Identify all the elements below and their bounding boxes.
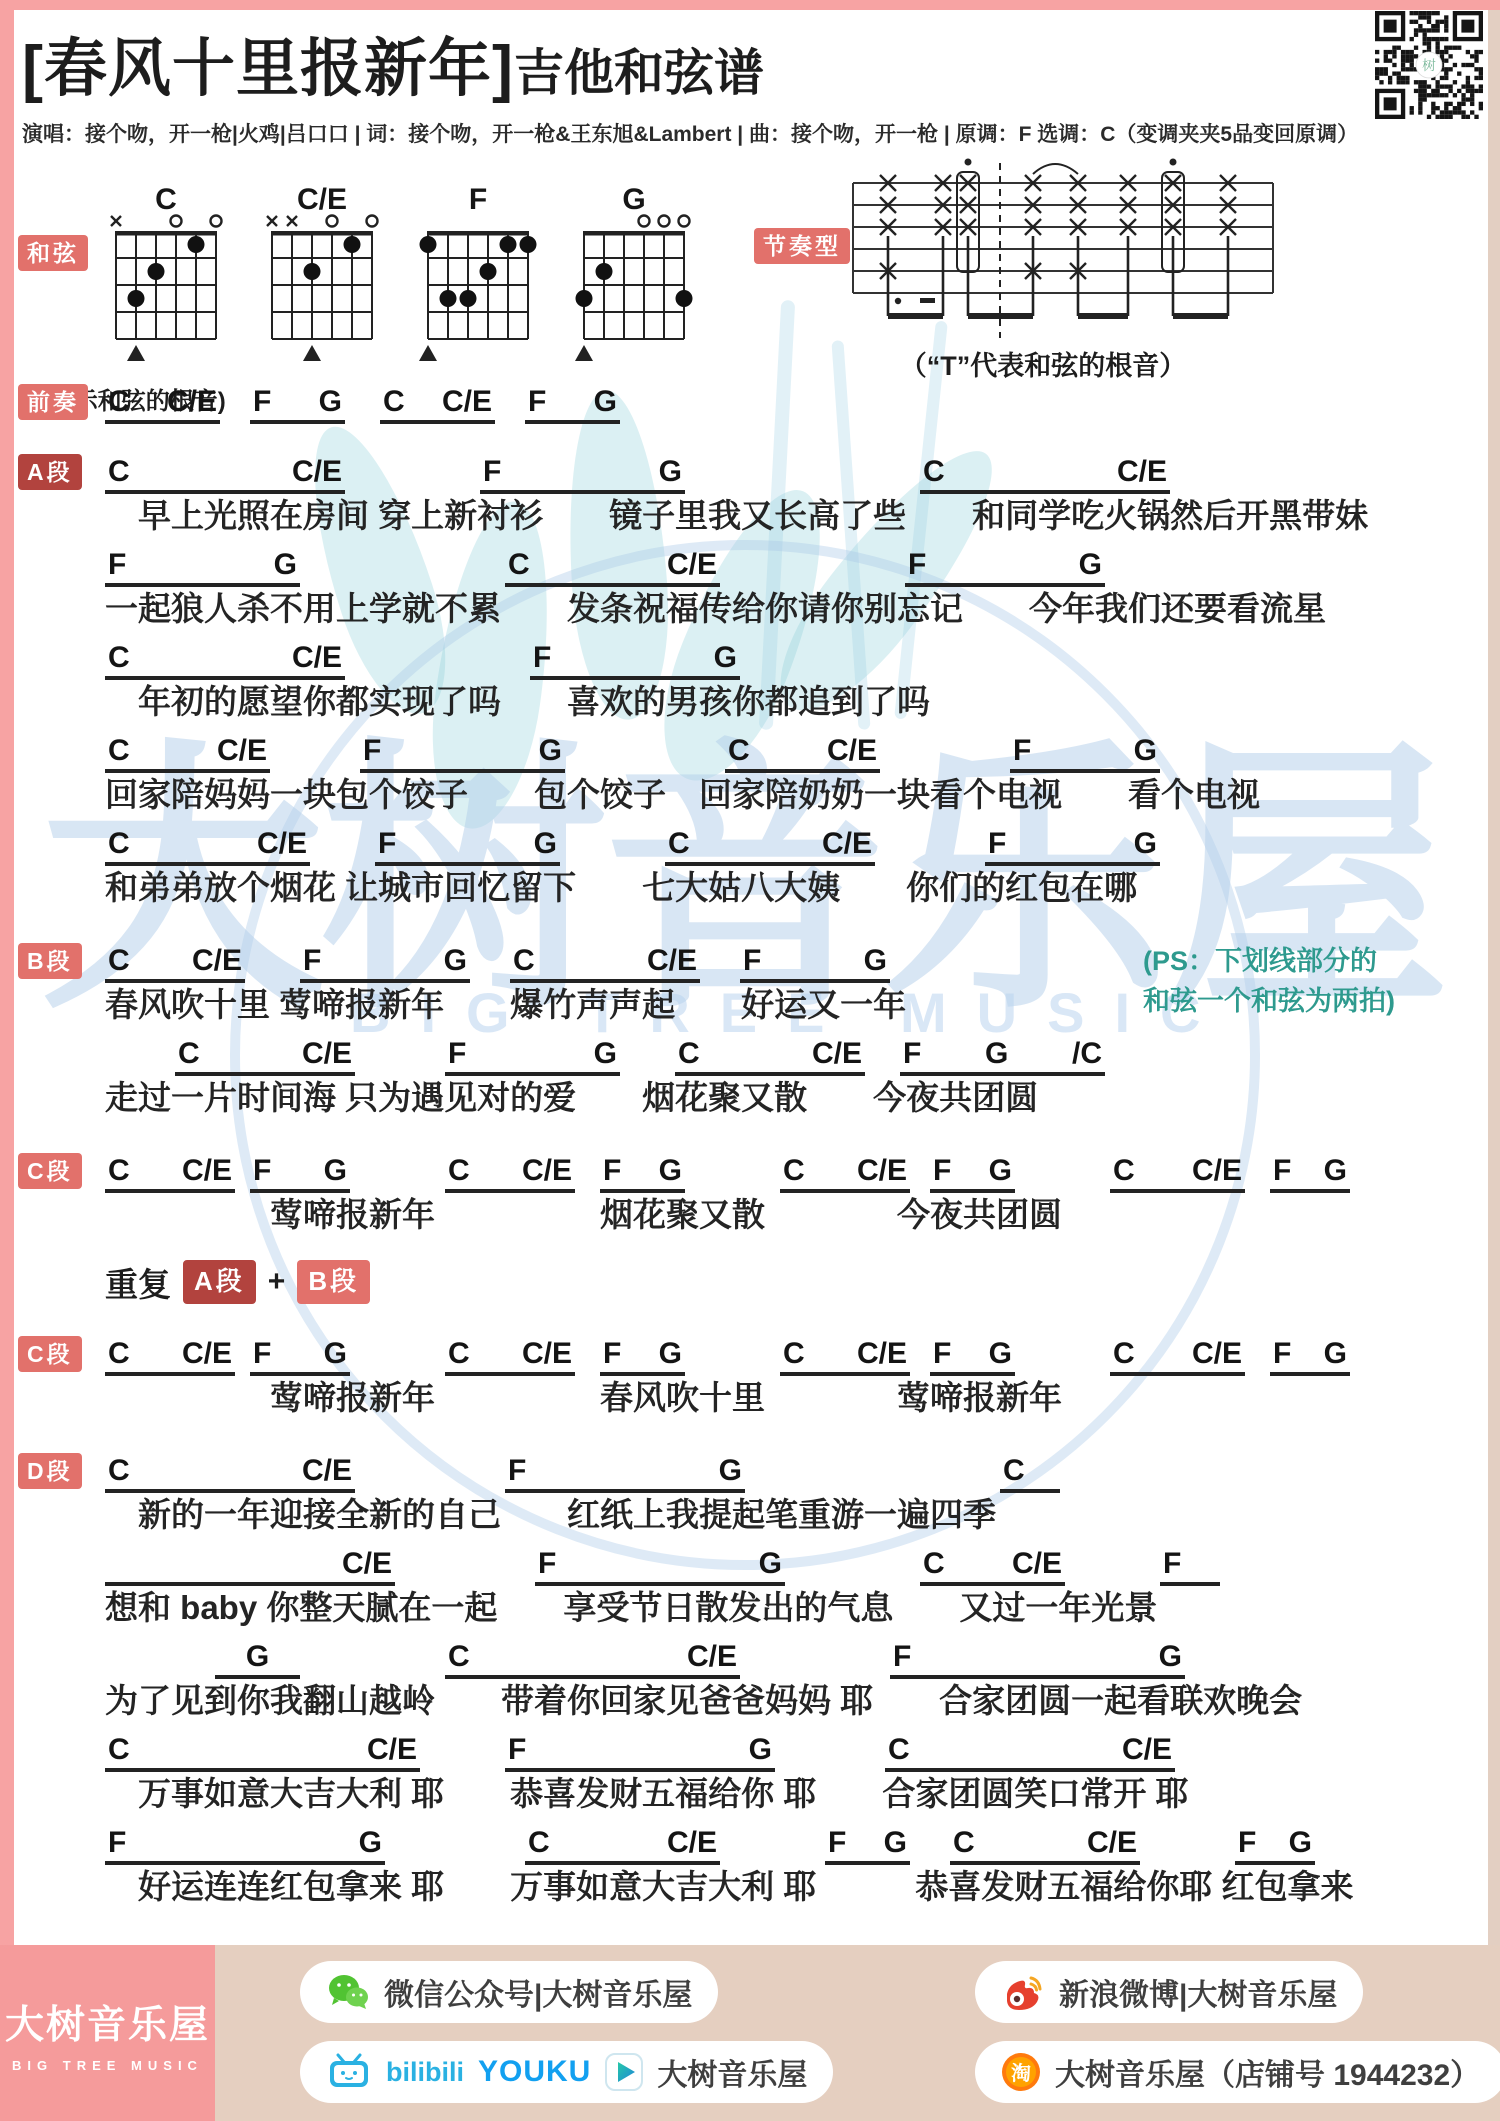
chords-badge: 和弦 xyxy=(18,235,88,271)
lyric-line: 莺啼报新年 烟花聚又散 今夜共团圆 xyxy=(105,1195,1478,1235)
video-brand-text: 大树音乐屋 xyxy=(657,2050,807,2094)
chord-label: F xyxy=(1163,1547,1181,1581)
footer: 大树音乐屋 BIG TREE MUSIC 微信公众号|大树音乐屋 bilibil… xyxy=(0,1945,1500,2121)
chord-group: CC/E xyxy=(105,944,245,983)
chord-group: CC/E xyxy=(445,1154,575,1193)
chord-label: C/E xyxy=(857,1337,907,1371)
chord-group: CC/E xyxy=(505,548,720,587)
chord-label: C xyxy=(678,1037,700,1071)
chord-label: G xyxy=(759,1547,782,1581)
chord-group: FG xyxy=(1270,1337,1350,1376)
chord-label: C xyxy=(1113,1154,1135,1188)
chord-group: CC/E xyxy=(525,1826,720,1865)
wechat-icon xyxy=(326,1972,370,2012)
section-badge-d: D段 xyxy=(18,1453,82,1489)
chord-group: CC/E xyxy=(380,385,495,424)
chord-line: FGCC/EFGCC/EFG xyxy=(105,1821,1478,1865)
chord-label: C/E xyxy=(292,641,342,675)
chord-diagram-F: F xyxy=(408,183,548,375)
chord-label: F xyxy=(253,385,271,419)
chord-group: CC/E xyxy=(105,734,270,773)
chord-label: G xyxy=(659,455,682,489)
chord-label: G xyxy=(714,641,737,675)
chord-label: F xyxy=(1273,1154,1291,1188)
lyric-line: 万事如意大吉大利 耶 恭喜发财五福给你 耶 合家团圆笑口常开 耶 xyxy=(105,1774,1478,1814)
chord-group: CC/E xyxy=(105,1454,355,1493)
chord-line: CC/EFG xyxy=(105,636,1478,680)
chord-label: G xyxy=(534,827,557,861)
chord-group: CC/E xyxy=(175,1037,355,1076)
chord-group: FG xyxy=(985,827,1160,866)
chord-diagram-C/E: C/E xyxy=(252,183,392,375)
chord-label: C xyxy=(383,385,405,419)
chord-label: G xyxy=(1134,734,1157,768)
chord-label: G xyxy=(1324,1337,1347,1371)
chord-label: G xyxy=(274,548,297,582)
bilibili-wordmark: bilibili xyxy=(386,2057,464,2088)
chord-label: G xyxy=(985,1037,1008,1071)
chord-group: CC/E xyxy=(105,1154,235,1193)
chord-label: C/E xyxy=(812,1037,862,1071)
chord-label: C xyxy=(923,455,945,489)
section-a: A段CC/EFGCC/E 早上光照在房间 穿上新衬衫 镜子里我又长高了些 和同学… xyxy=(18,450,1478,915)
brand-name-en: BIG TREE MUSIC xyxy=(12,2058,203,2073)
chord-group: CC/E xyxy=(725,734,880,773)
chord-label: G xyxy=(1159,1640,1182,1674)
chord-group: FG xyxy=(600,1154,685,1193)
section-intro: 前奏CC/EFGCC/EFG xyxy=(18,380,1478,426)
score: 前奏CC/EFGCC/EFGA段CC/EFGCC/E 早上光照在房间 穿上新衬衫… xyxy=(18,372,1478,1914)
chord-label: G xyxy=(989,1337,1012,1371)
chord-group: C/E xyxy=(105,1547,395,1586)
chord-label: F xyxy=(603,1154,621,1188)
chord-label: C/E xyxy=(367,1733,417,1767)
taobao-text: 大树音乐屋（店铺号 1944232） xyxy=(1055,2050,1480,2094)
rhythm-panel: 节奏型 xyxy=(748,148,1308,388)
chord-group: FG xyxy=(505,1454,745,1493)
chord-label: G xyxy=(659,1154,682,1188)
chord-label: G xyxy=(594,385,617,419)
section-lines: CC/EFGC 新的一年迎接全新的自己 红纸上我提起笔重游一遍四季C/EFGCC… xyxy=(105,1449,1478,1914)
video-platforms-pill: bilibili YOUKU 大树音乐屋 xyxy=(300,2041,833,2103)
chord-label: C/E xyxy=(342,1547,392,1581)
chord-label: C/E xyxy=(827,734,877,768)
chord-label: F xyxy=(533,641,551,675)
section-badge-c2: C段 xyxy=(18,1336,82,1372)
chord-group: CC/E xyxy=(675,1037,865,1076)
chord-label: C xyxy=(108,734,130,768)
chord-group: CC/E xyxy=(885,1733,1175,1772)
chord-label: G xyxy=(989,1154,1012,1188)
chord-group: C xyxy=(1000,1454,1060,1493)
chord-label: C xyxy=(528,1826,550,1860)
wechat-text: 微信公众号|大树音乐屋 xyxy=(384,1970,692,2014)
chord-label: G xyxy=(1324,1154,1347,1188)
chord-label: G xyxy=(1079,548,1102,582)
chord-group: CC/E xyxy=(780,1154,910,1193)
chord-label: F xyxy=(893,1640,911,1674)
chord-diagram-C: C xyxy=(96,183,236,375)
qr-code: 树 xyxy=(1370,6,1488,124)
weibo-pill: 新浪微博|大树音乐屋 xyxy=(975,1961,1363,2023)
chord-label: F xyxy=(508,1733,526,1767)
chord-label: C/E xyxy=(257,827,307,861)
qr-graphic: 树 xyxy=(1375,11,1483,119)
lyric-line: 走过一片时间海 只为遇见对的爱 烟花聚又散 今夜共团圆 xyxy=(105,1078,1478,1118)
chord-group: FG xyxy=(930,1154,1015,1193)
svg-text:C: C xyxy=(155,183,177,216)
badge-col: C段 xyxy=(18,1149,105,1242)
chord-line: CC/EFGCC/EFG xyxy=(105,729,1478,773)
svg-text:G: G xyxy=(622,183,645,216)
chord-label: C xyxy=(513,944,535,978)
chord-label: F xyxy=(828,1826,846,1860)
section-lines: CC/EFGCC/EFGCC/EFGCC/EFG 莺啼报新年 烟花聚又散 今夜共… xyxy=(105,1149,1478,1242)
chord-label: C/E xyxy=(667,548,717,582)
song-meta: 演唱：接个吻，开一枪|火鸡|吕口口 | 词：接个吻，开一枪&王东旭&Lamber… xyxy=(22,118,1352,148)
chord-label: C xyxy=(783,1337,805,1371)
chord-label: F xyxy=(508,1454,526,1488)
song-title: [春风十里报新年] xyxy=(22,34,514,104)
chord-label: C xyxy=(108,1733,130,1767)
chord-group: FG xyxy=(375,827,560,866)
taobao-pill: 淘 大树音乐屋（店铺号 1944232） xyxy=(975,2041,1500,2103)
chord-group: CC/E xyxy=(105,641,345,680)
youku-wordmark: YOUKU xyxy=(478,2055,591,2089)
chord-label: C xyxy=(448,1640,470,1674)
chord-group: CC/E xyxy=(510,944,700,983)
ps-note: (PS：下划线部分的和弦一个和弦为两拍) xyxy=(1143,941,1395,1021)
chord-label: C xyxy=(108,455,130,489)
chord-label: C xyxy=(178,1037,200,1071)
section-lines: CC/EFGCC/EFGCC/EFGCC/EFG 莺啼报新年 春风吹十里 莺啼报… xyxy=(105,1332,1478,1425)
chord-group: FG xyxy=(1270,1154,1350,1193)
section-lines: CC/EFGCC/E 早上光照在房间 穿上新衬衫 镜子里我又长高了些 和同学吃火… xyxy=(105,450,1478,915)
chord-line: CC/EFGCC/EFG/C xyxy=(175,1032,1478,1076)
chord-group: CC/E xyxy=(445,1640,740,1679)
chord-label: C xyxy=(448,1154,470,1188)
chord-label: F xyxy=(933,1154,951,1188)
chord-group: CC/E xyxy=(105,827,310,866)
chord-label: F xyxy=(603,1337,621,1371)
line-pair: CC/EFGC 新的一年迎接全新的自己 红纸上我提起笔重游一遍四季 xyxy=(105,1449,1478,1535)
chord-label: C xyxy=(108,827,130,861)
chord-label: G xyxy=(539,734,562,768)
line-pair: CC/EFGCC/EFG回家陪妈妈一块包个饺子 包个饺子 回家陪奶奶一块看个电视… xyxy=(105,729,1478,815)
weibo-text: 新浪微博|大树音乐屋 xyxy=(1059,1970,1337,2014)
chord-group: FG xyxy=(250,385,345,424)
chord-label: C xyxy=(108,641,130,675)
chord-label: F xyxy=(1013,734,1031,768)
bilibili-icon xyxy=(326,2053,372,2091)
chord-label: F xyxy=(253,1337,271,1371)
chord-group: FG xyxy=(535,1547,785,1586)
chord-label: G xyxy=(319,385,342,419)
chord-label: C/E xyxy=(1087,1826,1137,1860)
lyric-line: 和弟弟放个烟花 让城市回忆留下 七大姑八大姨 你们的红包在哪 xyxy=(105,868,1478,908)
chord-group: FG xyxy=(1010,734,1160,773)
chord-label: C/E xyxy=(1122,1733,1172,1767)
chord-group: FG xyxy=(250,1154,350,1193)
chord-group: CC/E xyxy=(1110,1154,1245,1193)
chord-label: C/E xyxy=(1192,1337,1242,1371)
chord-label: F xyxy=(903,1037,921,1071)
chord-label: G xyxy=(749,1733,772,1767)
chord-label: C xyxy=(448,1337,470,1371)
brand-logo: 大树音乐屋 BIG TREE MUSIC xyxy=(0,1945,215,2121)
chord-group: FG xyxy=(825,1826,910,1865)
chord-label: C/E xyxy=(522,1337,572,1371)
badge-col: A段 xyxy=(18,450,105,915)
brand-name-cn: 大树音乐屋 xyxy=(5,1994,210,2050)
lyric-line: 莺啼报新年 春风吹十里 莺啼报新年 xyxy=(105,1378,1478,1418)
taobao-icon: 淘 xyxy=(1001,2052,1041,2092)
chord-label: G xyxy=(324,1337,347,1371)
rhythm-pattern-graphic xyxy=(828,148,1298,358)
play-button-icon xyxy=(605,2053,643,2091)
chord-label: G xyxy=(594,1037,617,1071)
chord-label: C xyxy=(668,827,690,861)
header: [春风十里报新年]吉他和弦谱 演唱：接个吻，开一枪|火鸡|吕口口 | 词：接个吻… xyxy=(22,18,1352,148)
chord-label: C xyxy=(783,1154,805,1188)
line-pair: CC/EFGCC/E 早上光照在房间 穿上新衬衫 镜子里我又长高了些 和同学吃火… xyxy=(105,450,1478,536)
chord-label: F xyxy=(538,1547,556,1581)
chord-label: G xyxy=(864,944,887,978)
chord-group: FG xyxy=(360,734,565,773)
chord-label: C xyxy=(108,385,130,419)
chord-label: F xyxy=(1273,1337,1291,1371)
chord-label: G xyxy=(659,1337,682,1371)
section-d: D段CC/EFGC 新的一年迎接全新的自己 红纸上我提起笔重游一遍四季C/EFG… xyxy=(18,1449,1478,1914)
chord-line: GCC/EFG xyxy=(105,1635,1478,1679)
line-pair: GCC/EFG为了见到你我翻山越岭 带着你回家见爸爸妈妈 耶 合家团圆一起看联欢… xyxy=(105,1635,1478,1721)
chord-group: FG xyxy=(530,641,740,680)
chord-label: C/E xyxy=(1012,1547,1062,1581)
line-pair: CC/EFGCC/EFGCC/EFGCC/EFG 莺啼报新年 烟花聚又散 今夜共… xyxy=(105,1149,1478,1235)
line-pair: CC/EFGCC/E 万事如意大吉大利 耶 恭喜发财五福给你 耶 合家团圆笑口常… xyxy=(105,1728,1478,1814)
chord-group: CC/E xyxy=(950,1826,1140,1865)
repeat-line: 重复A段+B段 xyxy=(105,1256,370,1308)
line-pair: C/EFGCC/EF想和 baby 你整天腻在一起 享受节日散发出的气息 又过一… xyxy=(105,1542,1478,1628)
chord-group: FG xyxy=(525,385,620,424)
chord-group: CC/E xyxy=(1110,1337,1245,1376)
chord-line: CC/EFGCC/EFGCC/EFGCC/EFG xyxy=(105,1332,1478,1376)
chord-group: CC/E xyxy=(665,827,875,866)
section-badge-intro: 前奏 xyxy=(18,384,88,420)
chord-line: CC/EFGCC/EFG xyxy=(105,822,1478,866)
chord-label: C/E xyxy=(167,385,217,419)
lyric-line: 早上光照在房间 穿上新衬衫 镜子里我又长高了些 和同学吃火锅然后开黑带妹 xyxy=(105,496,1478,536)
chord-label: F xyxy=(988,827,1006,861)
chord-label: C/E xyxy=(822,827,872,861)
chord-label: C/E xyxy=(687,1640,737,1674)
line-pair: CC/EFGCC/EFG/C走过一片时间海 只为遇见对的爱 烟花聚又散 今夜共团… xyxy=(105,1032,1478,1118)
chord-line: CC/EFGCC/EFGCC/EFGCC/EFG xyxy=(105,1149,1478,1193)
chord-group: FG xyxy=(300,944,470,983)
chord-group: CC/E xyxy=(445,1337,575,1376)
chord-line: CC/EFGCC/EFG xyxy=(105,380,1478,424)
chord-group: FG xyxy=(480,455,685,494)
chord-group: FG xyxy=(740,944,890,983)
line-pair: CC/EFGCC/EFGCC/EFGCC/EFG 莺啼报新年 春风吹十里 莺啼报… xyxy=(105,1332,1478,1418)
section-badge-a: A段 xyxy=(18,454,82,490)
chord-label: G xyxy=(1289,1826,1312,1860)
page-border-right xyxy=(1488,10,1500,1945)
chord-group: FG xyxy=(105,548,300,587)
chord-group: FG xyxy=(105,1826,385,1865)
sheet-type-label: 吉他和弦谱 xyxy=(514,45,764,101)
chord-group: CC/E xyxy=(920,455,1170,494)
badge-col: C段 xyxy=(18,1332,105,1425)
chord-label: F xyxy=(483,455,501,489)
chord-diagrams: CC/EFG xyxy=(96,183,704,375)
chord-group: FG xyxy=(505,1733,775,1772)
chord-label: C/E xyxy=(522,1154,572,1188)
lyric-line: 好运连连红包拿来 耶 万事如意大吉大利 耶 恭喜发财五福给你耶 红包拿来 xyxy=(105,1867,1478,1907)
ps-note-line: (PS：下划线部分的 xyxy=(1143,941,1395,981)
chord-label: C xyxy=(1113,1337,1135,1371)
chord-label: C xyxy=(923,1547,945,1581)
wechat-pill: 微信公众号|大树音乐屋 xyxy=(300,1961,718,2023)
chord-group: G xyxy=(215,1640,300,1679)
chord-label: G xyxy=(359,1826,382,1860)
section-c1: C段CC/EFGCC/EFGCC/EFGCC/EFG 莺啼报新年 烟花聚又散 今… xyxy=(18,1149,1478,1242)
chord-label: C xyxy=(108,1154,130,1188)
chord-label: G xyxy=(246,1640,269,1674)
ps-note-line: 和弦一个和弦为两拍) xyxy=(1143,981,1395,1021)
chord-group: FG xyxy=(250,1337,350,1376)
lyric-line: 为了见到你我翻山越岭 带着你回家见爸爸妈妈 耶 合家团圆一起看联欢晚会 xyxy=(105,1681,1478,1721)
chord-label: C xyxy=(508,548,530,582)
section-repeat: 重复A段+B段 xyxy=(18,1256,1478,1308)
chord-label: C/E xyxy=(182,1154,232,1188)
chord-label: F xyxy=(108,548,126,582)
badge-col: D段 xyxy=(18,1449,105,1914)
chord-label: F xyxy=(303,944,321,978)
chord-label: C/E xyxy=(667,1826,717,1860)
chord-label: F xyxy=(528,385,546,419)
chord-label: C xyxy=(888,1733,910,1767)
chord-group: FG/C xyxy=(900,1037,1105,1076)
chord-label: C/E xyxy=(302,1454,352,1488)
chord-label: F xyxy=(1238,1826,1256,1860)
svg-text:F: F xyxy=(469,183,487,216)
chord-label: C xyxy=(1003,1454,1025,1488)
chord-group: F xyxy=(1160,1547,1220,1586)
chord-label: F xyxy=(743,944,761,978)
chord-label: F xyxy=(378,827,396,861)
chord-label: F xyxy=(933,1337,951,1371)
line-pair: CC/EFGCC/EFG xyxy=(105,380,1478,424)
chord-label: C xyxy=(108,1337,130,1371)
chord-label: C/E xyxy=(292,455,342,489)
chord-group: CC/E xyxy=(105,385,220,424)
chord-label: F xyxy=(908,548,926,582)
chord-diagram-G: G xyxy=(564,183,704,375)
chord-group: CC/E xyxy=(920,1547,1065,1586)
chord-group: CC/E xyxy=(105,455,345,494)
chord-group: CC/E xyxy=(105,1733,420,1772)
svg-text:C/E: C/E xyxy=(297,183,347,216)
svg-text:树: 树 xyxy=(1422,57,1436,73)
chord-label: C/E xyxy=(182,1337,232,1371)
chord-label: C/E xyxy=(1192,1154,1242,1188)
line-pair: CC/EFG 年初的愿望你都实现了吗 喜欢的男孩你都追到了吗 xyxy=(105,636,1478,722)
chord-label: C/E xyxy=(442,385,492,419)
repeat-badge-b: B段 xyxy=(297,1260,370,1304)
chord-line: C/EFGCC/EF xyxy=(105,1542,1478,1586)
chord-group: FG xyxy=(890,1640,1185,1679)
chord-label: C/E xyxy=(192,944,242,978)
lyric-line: 年初的愿望你都实现了吗 喜欢的男孩你都追到了吗 xyxy=(105,682,1478,722)
chord-line: CC/EFGC xyxy=(105,1449,1478,1493)
chord-label: G xyxy=(719,1454,742,1488)
badge-col: 前奏 xyxy=(18,380,105,426)
chord-label: G xyxy=(444,944,467,978)
section-badge-b: B段 xyxy=(18,943,82,979)
chord-group: FG xyxy=(1235,1826,1315,1865)
lyric-line: 想和 baby 你整天腻在一起 享受节日散发出的气息 又过一年光景 xyxy=(105,1588,1478,1628)
section-c2: C段CC/EFGCC/EFGCC/EFGCC/EFG 莺啼报新年 春风吹十里 莺… xyxy=(18,1332,1478,1425)
chord-label: F xyxy=(448,1037,466,1071)
chord-label: C xyxy=(108,1454,130,1488)
lyric-line: 新的一年迎接全新的自己 红纸上我提起笔重游一遍四季 xyxy=(105,1495,1478,1535)
chord-label: /C xyxy=(1072,1037,1102,1071)
repeat-badge-a: A段 xyxy=(183,1260,256,1304)
chord-label: F xyxy=(363,734,381,768)
page-border-top xyxy=(0,0,1500,10)
svg-text:淘: 淘 xyxy=(1011,2061,1031,2085)
plus-sign: + xyxy=(268,1265,286,1299)
line-pair: FGCC/EFGCC/EFG 好运连连红包拿来 耶 万事如意大吉大利 耶 恭喜发… xyxy=(105,1821,1478,1907)
chord-group: FG xyxy=(905,548,1105,587)
section-lines: CC/EFGCC/EFG xyxy=(105,380,1478,426)
lyric-line: 回家陪妈妈一块包个饺子 包个饺子 回家陪奶奶一块看个电视 看个电视 xyxy=(105,775,1478,815)
page-border-left xyxy=(0,8,14,1945)
chord-label: C xyxy=(108,944,130,978)
chord-label: C/E xyxy=(857,1154,907,1188)
chord-label: G xyxy=(884,1826,907,1860)
section-b: B段CC/EFGCC/EFG春风吹十里 莺啼报新年 爆竹声声起 好运又一年CC/… xyxy=(18,939,1478,1125)
chord-label: C/E xyxy=(302,1037,352,1071)
chord-group: FG xyxy=(930,1337,1015,1376)
chord-label: G xyxy=(324,1154,347,1188)
chord-label: C xyxy=(728,734,750,768)
section-badge-c1: C段 xyxy=(18,1153,82,1189)
chord-group: CC/E xyxy=(780,1337,910,1376)
repeat-label: 重复 xyxy=(105,1259,171,1306)
line-pair: FGCC/EFG一起狼人杀不用上学就不累 发条祝福传给你请你别忘记 今年我们还要… xyxy=(105,543,1478,629)
page-title: [春风十里报新年]吉他和弦谱 xyxy=(22,18,1352,109)
chord-line: CC/EFGCC/E xyxy=(105,450,1478,494)
chord-label: C/E xyxy=(647,944,697,978)
chord-line: FGCC/EFG xyxy=(105,543,1478,587)
chord-line: CC/EFGCC/E xyxy=(105,1728,1478,1772)
chord-label: C/E xyxy=(217,734,267,768)
weibo-icon xyxy=(1001,1972,1045,2012)
chord-label: C/E xyxy=(1117,455,1167,489)
chord-group: FG xyxy=(600,1337,685,1376)
chord-label: C xyxy=(953,1826,975,1860)
lyric-line: 一起狼人杀不用上学就不累 发条祝福传给你请你别忘记 今年我们还要看流星 xyxy=(105,589,1478,629)
chord-label: F xyxy=(108,1826,126,1860)
badge-col: B段 xyxy=(18,939,105,1125)
chord-label: F xyxy=(253,1154,271,1188)
chord-label: G xyxy=(1134,827,1157,861)
line-pair: CC/EFGCC/EFG和弟弟放个烟花 让城市回忆留下 七大姑八大姨 你们的红包… xyxy=(105,822,1478,908)
chord-group: FG xyxy=(445,1037,620,1076)
chord-group: CC/E xyxy=(105,1337,235,1376)
